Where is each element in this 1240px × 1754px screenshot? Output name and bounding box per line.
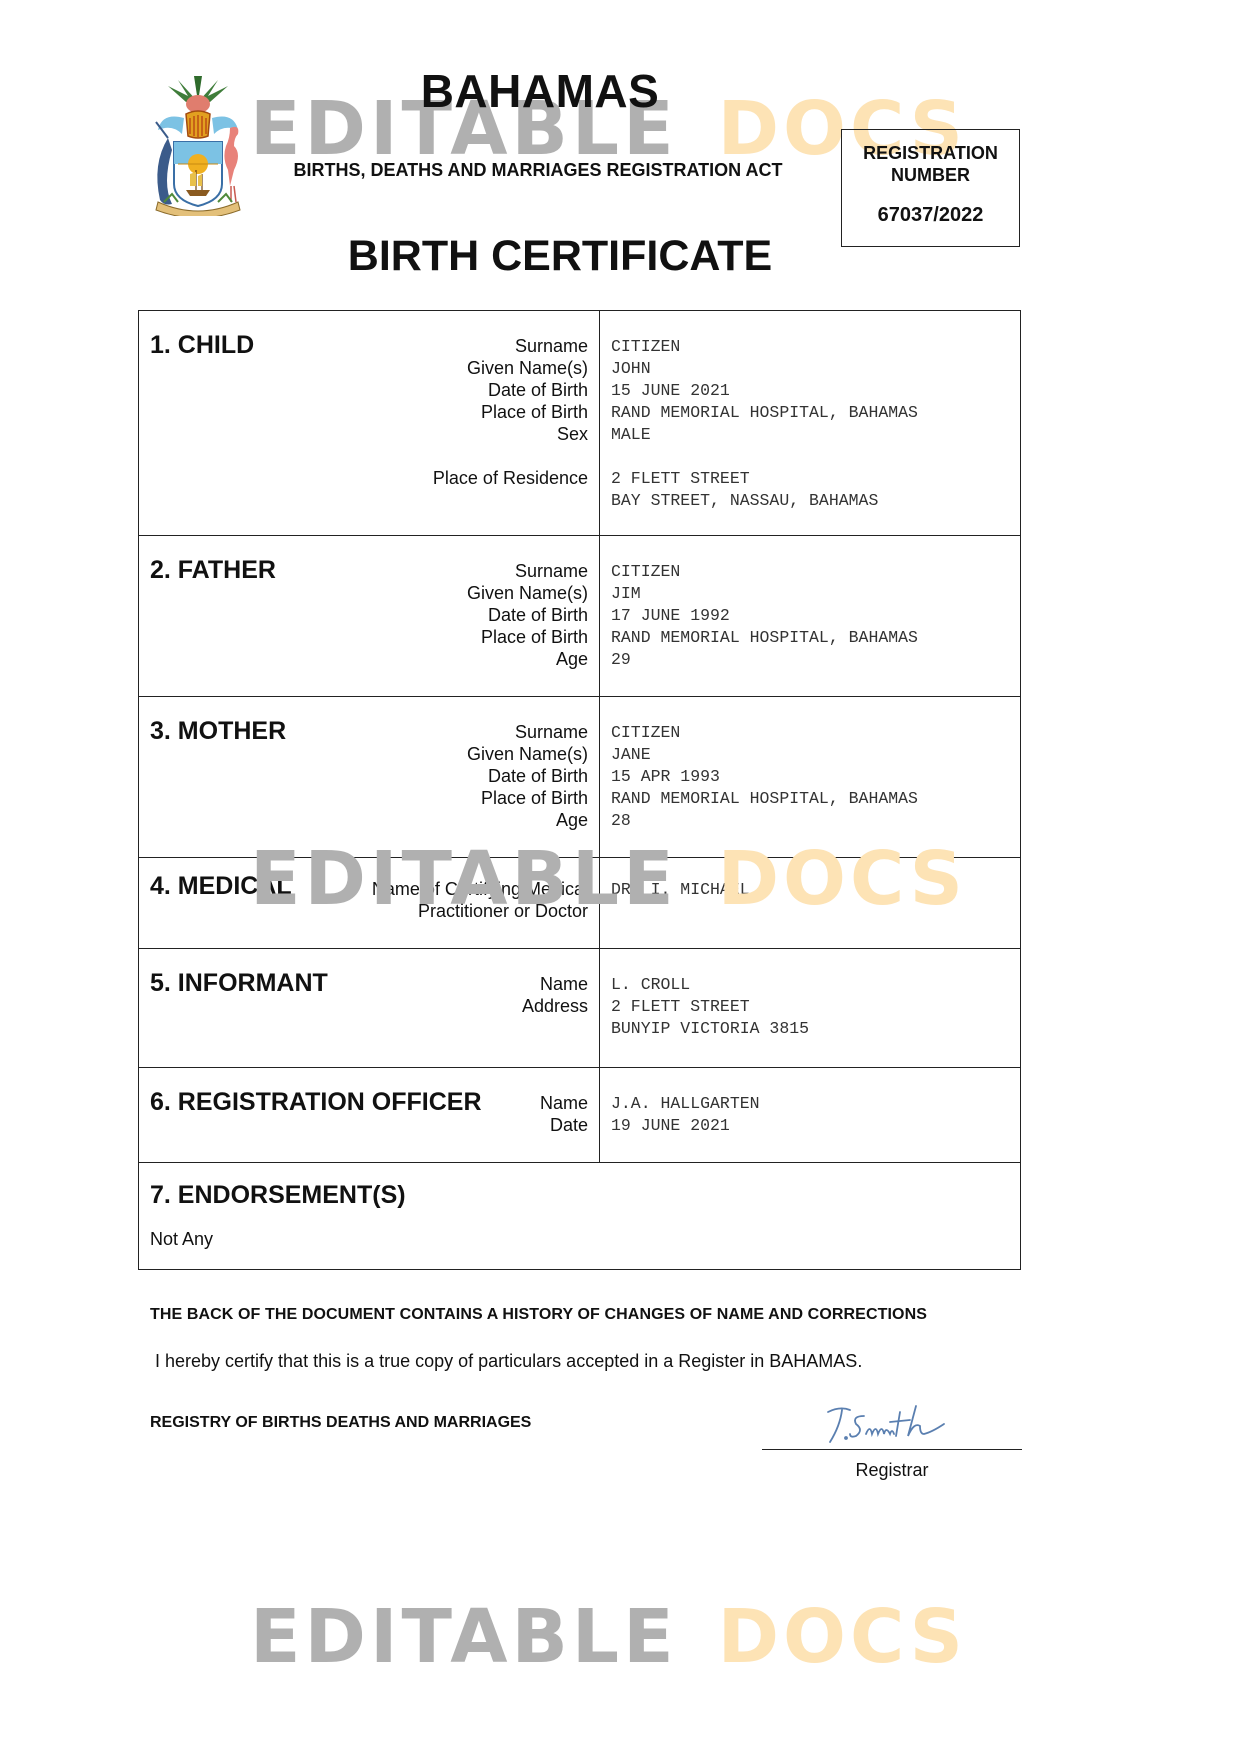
value-residence-line2: BAY STREET, NASSAU, BAHAMAS bbox=[611, 490, 1020, 512]
value-date: 19 JUNE 2021 bbox=[611, 1115, 1020, 1137]
label-sex: Sex bbox=[433, 423, 588, 445]
label-age: Age bbox=[467, 809, 588, 831]
label-age: Age bbox=[467, 648, 588, 670]
section-registration-officer: 6. REGISTRATION OFFICER Name Date J.A. H… bbox=[139, 1068, 1020, 1163]
registration-number-value: 67037/2022 bbox=[842, 204, 1019, 227]
informant-labels: Name Address bbox=[522, 973, 588, 1017]
section-child: 1. CHILD Surname Given Name(s) Date of B… bbox=[139, 311, 1020, 536]
label-place-of-birth: Place of Birth bbox=[467, 626, 588, 648]
mother-labels: Surname Given Name(s) Date of Birth Plac… bbox=[467, 721, 588, 831]
section-medical: 4. MEDICAL Name of Certifying Medical Pr… bbox=[139, 858, 1020, 949]
label-place-of-birth: Place of Birth bbox=[433, 401, 588, 423]
label-name: Name bbox=[522, 973, 588, 995]
value-surname: CITIZEN bbox=[611, 561, 1020, 583]
watermark-text-editable: EDITABLE bbox=[250, 1594, 678, 1680]
signatory-title: Registrar bbox=[762, 1460, 1022, 1481]
registrar-signature bbox=[820, 1400, 960, 1448]
value-surname: CITIZEN bbox=[611, 336, 1020, 358]
father-values: CITIZEN JIM 17 JUNE 1992 RAND MEMORIAL H… bbox=[600, 536, 1020, 696]
value-date-of-birth: 17 JUNE 1992 bbox=[611, 605, 1020, 627]
value-certifying-practitioner: DR. I. MICHAEL bbox=[611, 879, 1020, 901]
label-given-names: Given Name(s) bbox=[467, 582, 588, 604]
label-date-of-birth: Date of Birth bbox=[467, 765, 588, 787]
value-address-line2: BUNYIP VICTORIA 3815 bbox=[611, 1018, 1020, 1040]
father-labels: Surname Given Name(s) Date of Birth Plac… bbox=[467, 560, 588, 670]
registration-label-line1: REGISTRATION bbox=[842, 142, 1019, 164]
officer-values: J.A. HALLGARTEN 19 JUNE 2021 bbox=[600, 1068, 1020, 1162]
label-given-names: Given Name(s) bbox=[433, 357, 588, 379]
section-title: 6. REGISTRATION OFFICER bbox=[150, 1088, 482, 1117]
certificate-table: 1. CHILD Surname Given Name(s) Date of B… bbox=[138, 310, 1021, 1270]
value-sex: MALE bbox=[611, 424, 1020, 446]
label-certifying-practitioner-line1: Name of Certifying Medical bbox=[372, 878, 588, 900]
value-residence-line1: 2 FLETT STREET bbox=[611, 468, 1020, 490]
label-place-of-birth: Place of Birth bbox=[467, 787, 588, 809]
section-mother: 3. MOTHER Surname Given Name(s) Date of … bbox=[139, 697, 1020, 858]
watermark-text-docs: DOCS bbox=[718, 1594, 967, 1680]
section-title: 3. MOTHER bbox=[150, 717, 286, 746]
value-date-of-birth: 15 APR 1993 bbox=[611, 766, 1020, 788]
child-values: CITIZEN JOHN 15 JUNE 2021 RAND MEMORIAL … bbox=[600, 311, 1020, 535]
value-given-names: JANE bbox=[611, 744, 1020, 766]
act-subheading: BIRTHS, DEATHS AND MARRIAGES REGISTRATIO… bbox=[278, 160, 798, 181]
value-age: 29 bbox=[611, 649, 1020, 671]
value-age: 28 bbox=[611, 810, 1020, 832]
label-date-of-birth: Date of Birth bbox=[433, 379, 588, 401]
informant-values: L. CROLL 2 FLETT STREET BUNYIP VICTORIA … bbox=[600, 949, 1020, 1067]
certification-statement: I hereby certify that this is a true cop… bbox=[155, 1351, 862, 1372]
section-father: 2. FATHER Surname Given Name(s) Date of … bbox=[139, 536, 1020, 697]
mother-values: CITIZEN JANE 15 APR 1993 RAND MEMORIAL H… bbox=[600, 697, 1020, 857]
section-title: 2. FATHER bbox=[150, 556, 276, 585]
value-address-line1: 2 FLETT STREET bbox=[611, 996, 1020, 1018]
label-given-names: Given Name(s) bbox=[467, 743, 588, 765]
section-endorsements: 7. ENDORSEMENT(S) Not Any bbox=[139, 1163, 1020, 1269]
label-address: Address bbox=[522, 995, 588, 1017]
value-given-names: JOHN bbox=[611, 358, 1020, 380]
label-place-of-residence: Place of Residence bbox=[433, 467, 588, 489]
medical-values: DR. I. MICHAEL bbox=[600, 858, 1020, 948]
value-place-of-birth: RAND MEMORIAL HOSPITAL, BAHAMAS bbox=[611, 402, 1020, 424]
medical-labels: Name of Certifying Medical Practitioner … bbox=[372, 878, 588, 922]
section-informant: 5. INFORMANT Name Address L. CROLL 2 FLE… bbox=[139, 949, 1020, 1068]
section-title: 7. ENDORSEMENT(S) bbox=[150, 1181, 406, 1210]
label-date-of-birth: Date of Birth bbox=[467, 604, 588, 626]
signature-line bbox=[762, 1449, 1022, 1450]
section-title: 1. CHILD bbox=[150, 331, 254, 360]
registry-name: REGISTRY OF BIRTHS DEATHS AND MARRIAGES bbox=[150, 1414, 531, 1432]
endorsement-value: Not Any bbox=[150, 1229, 213, 1250]
section-title: 4. MEDICAL bbox=[150, 872, 292, 901]
watermark-bottom: EDITABLEDOCS bbox=[250, 1604, 990, 1670]
bahamas-coat-of-arms-icon bbox=[138, 74, 258, 216]
country-heading: BAHAMAS bbox=[300, 64, 780, 118]
label-surname: Surname bbox=[467, 560, 588, 582]
child-labels: Surname Given Name(s) Date of Birth Plac… bbox=[433, 335, 588, 489]
value-name: L. CROLL bbox=[611, 974, 1020, 996]
value-surname: CITIZEN bbox=[611, 722, 1020, 744]
label-name: Name bbox=[540, 1092, 588, 1114]
label-certifying-practitioner-line2: Practitioner or Doctor bbox=[372, 900, 588, 922]
value-given-names: JIM bbox=[611, 583, 1020, 605]
value-place-of-birth: RAND MEMORIAL HOSPITAL, BAHAMAS bbox=[611, 627, 1020, 649]
officer-labels: Name Date bbox=[540, 1092, 588, 1136]
value-date-of-birth: 15 JUNE 2021 bbox=[611, 380, 1020, 402]
label-surname: Surname bbox=[433, 335, 588, 357]
document-title: BIRTH CERTIFICATE bbox=[300, 232, 820, 281]
registration-number-box: REGISTRATION NUMBER 67037/2022 bbox=[841, 129, 1020, 247]
label-surname: Surname bbox=[467, 721, 588, 743]
section-title: 5. INFORMANT bbox=[150, 969, 328, 998]
back-of-document-note: THE BACK OF THE DOCUMENT CONTAINS A HIST… bbox=[150, 1306, 927, 1324]
label-date: Date bbox=[540, 1114, 588, 1136]
value-place-of-birth: RAND MEMORIAL HOSPITAL, BAHAMAS bbox=[611, 788, 1020, 810]
registration-label-line2: NUMBER bbox=[842, 164, 1019, 186]
registration-number-label: REGISTRATION NUMBER bbox=[842, 142, 1019, 186]
value-name: J.A. HALLGARTEN bbox=[611, 1093, 1020, 1115]
